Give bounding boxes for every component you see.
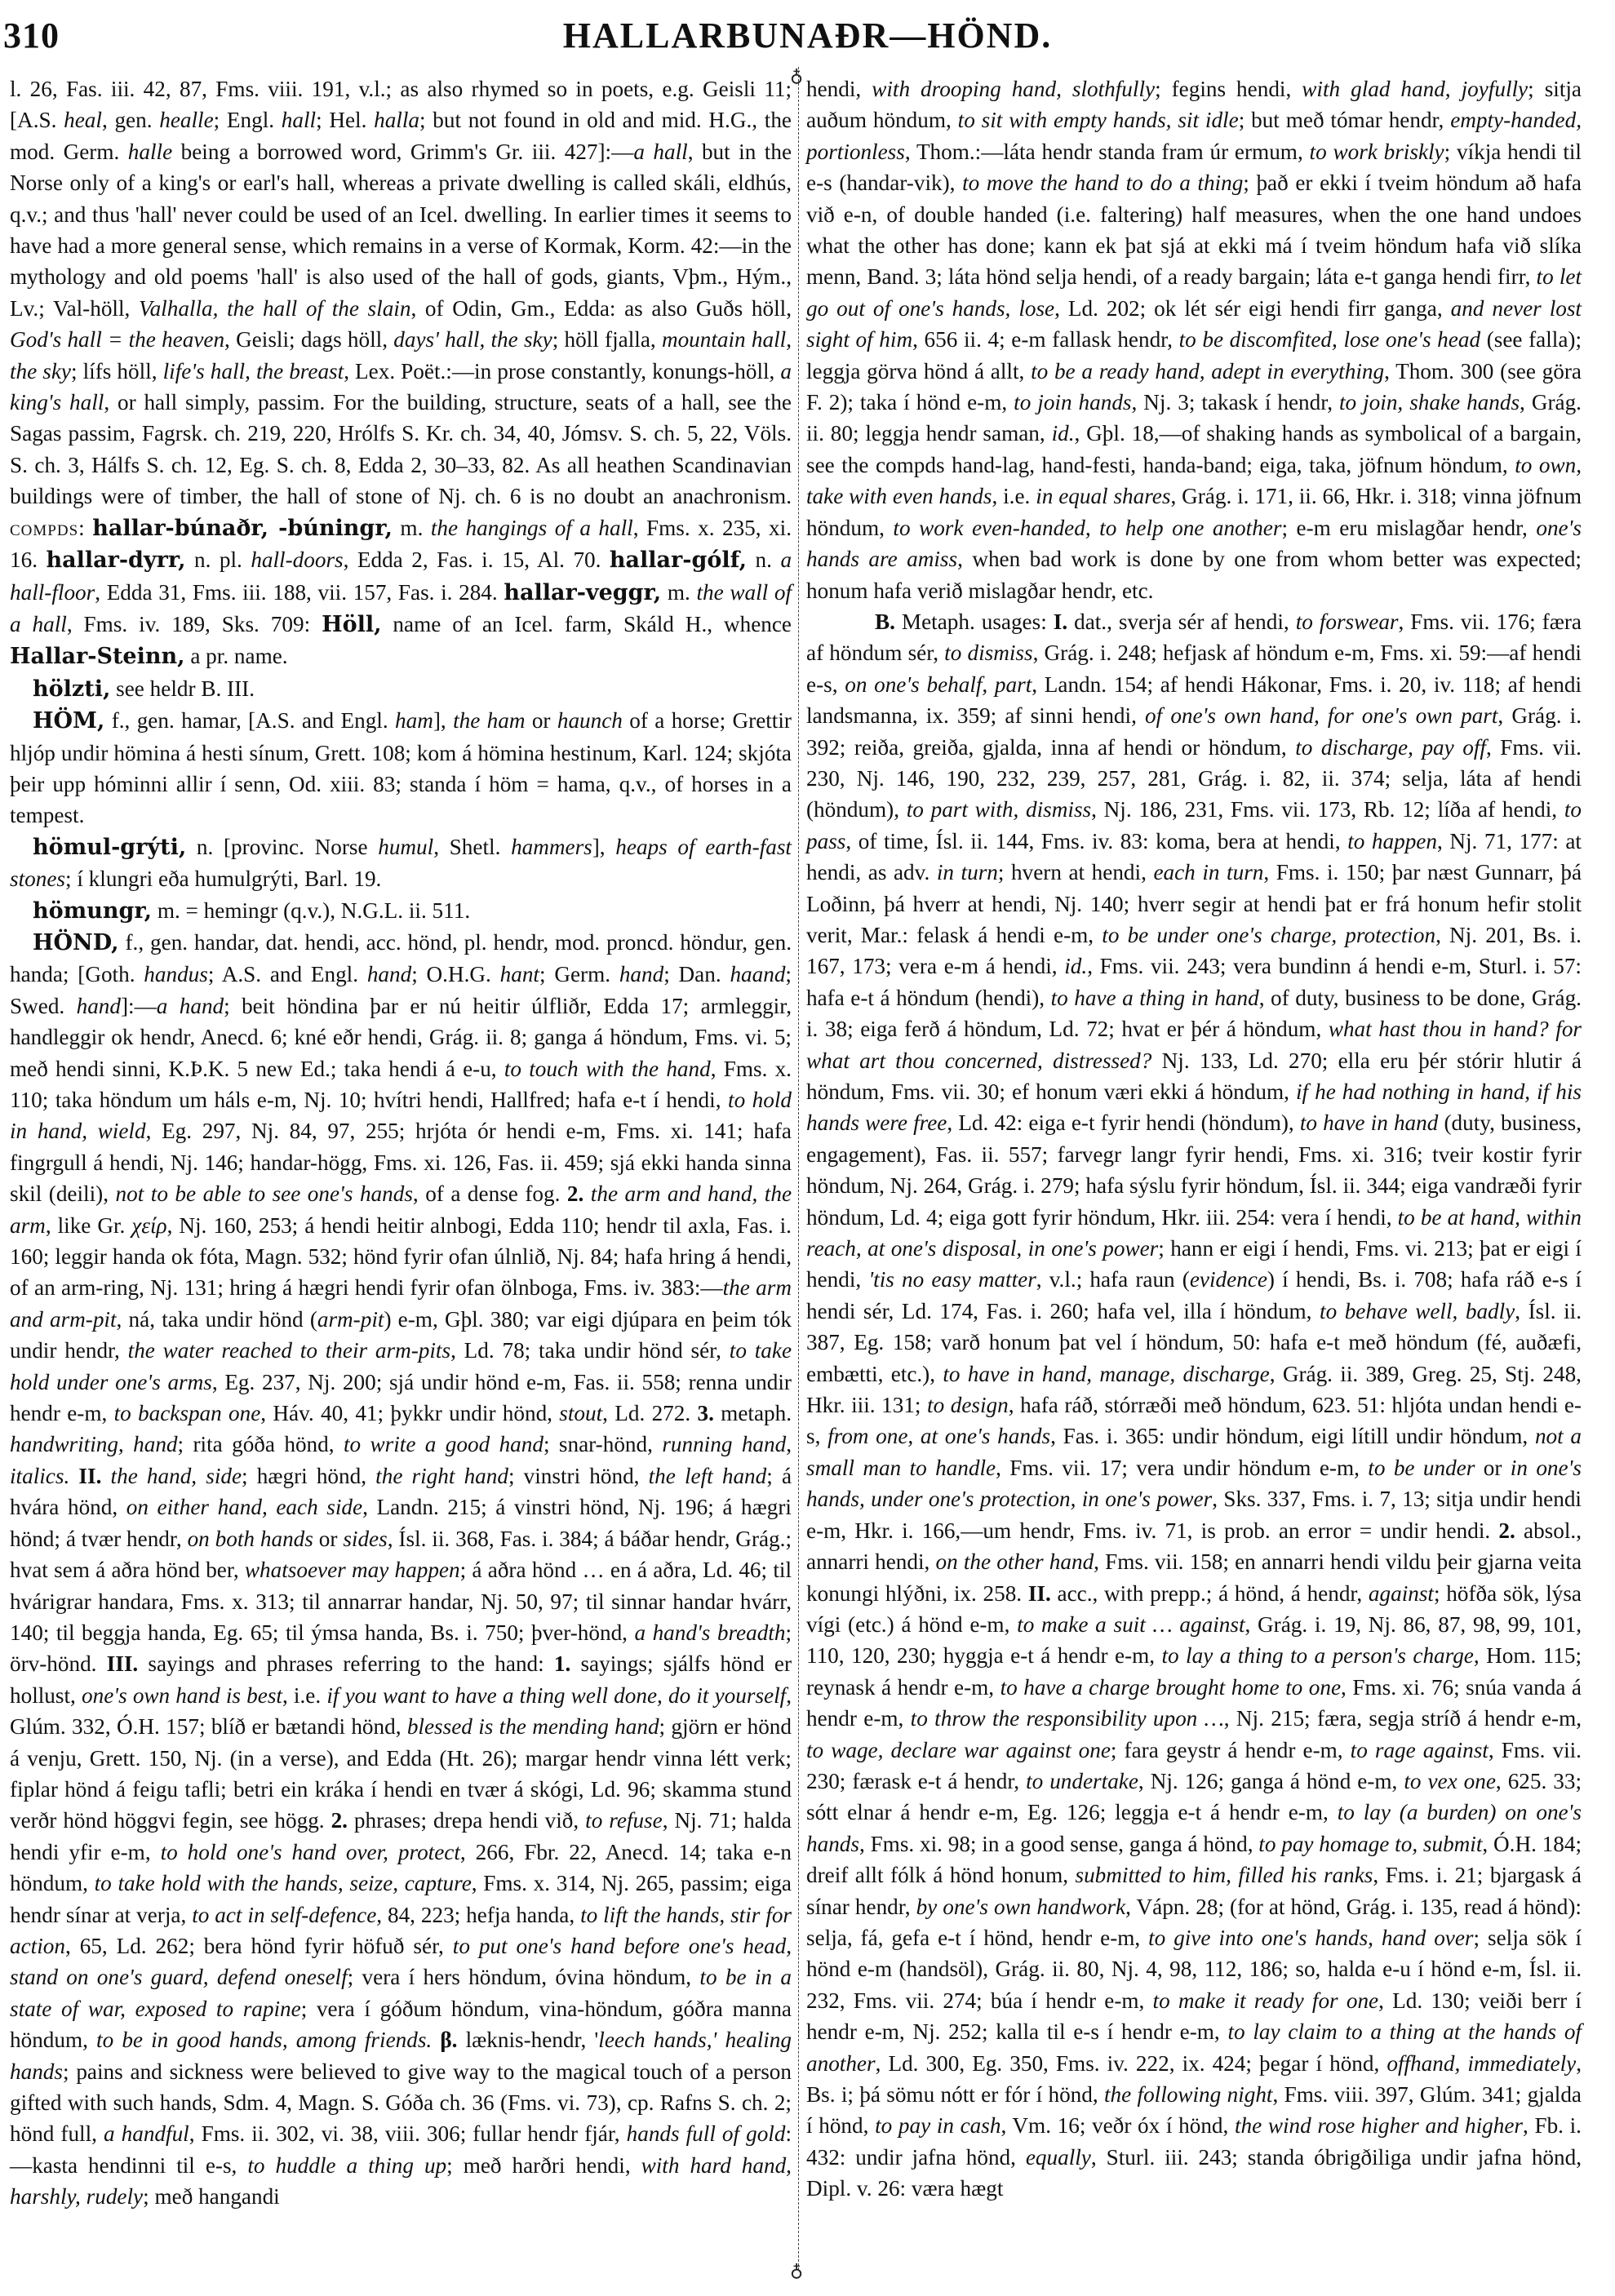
entry-text: , Ld. 202; ok lét sér eigi hendi firr ga… [1054,296,1450,321]
dictionary-entry: HÖM, f., gen. hamar, [A.S. and Engl. ham… [10,705,792,831]
gloss-italic: to refuse [585,1808,663,1833]
entry-text: ; hægri hönd, [242,1464,375,1488]
entry-text: , Ld. 272. [602,1401,697,1425]
gloss-italic: to make it ready for one [1153,1988,1379,2013]
dictionary-entry: hömul-grýti, n. [provinc. Norse humul, S… [10,831,792,895]
gloss-italic: against [1369,1581,1434,1606]
left-column: l. 26, Fas. iii. 42, 87, Fms. viii. 191,… [10,73,792,2213]
entry-text: a pr. name. [185,644,288,668]
gloss-italic: healle [159,108,213,132]
column-divider [798,67,800,2270]
entry-text: , Geisli; dags höll, [224,327,393,352]
gloss-italic: the wind rose higher and higher [1235,2113,1523,2138]
gloss-italic: to have a thing in hand [1051,986,1259,1010]
entry-text: or [1475,1456,1510,1480]
gloss-italic: offhand, immediately [1387,2051,1576,2076]
gloss-italic: in equal shares [1036,484,1170,508]
gloss-italic: to part with, dismiss [907,797,1091,822]
entry-text: , Ld. 42: eiga e-t fyrir hendi (höndum), [947,1110,1299,1135]
gloss-italic: life's hall, the breast [163,359,344,383]
entry-text: ; fegins hendi, [1155,77,1302,101]
gloss-italic: halle [128,140,172,164]
headword: hallar-veggr, [504,580,661,605]
gloss-italic: the following night [1104,2082,1272,2107]
entry-text: n. [747,547,780,572]
entry-text: , 65, Ld. 262; bera hönd fyrir höfuð sér… [65,1934,453,1958]
sense-number: II. [1028,1581,1051,1606]
entry-text [101,1464,110,1488]
gloss-italic: to have in hand [1300,1110,1438,1135]
entry-text: phrases; drepa hendi við, [348,1808,585,1833]
gloss-italic: a handful [104,2121,189,2146]
entry-text: ; fara geystr á hendr e-m, [1111,1738,1351,1762]
column-rule-ornament-top-icon: ♁ [790,67,803,85]
entry-text: ], [592,835,616,859]
entry-text: ; but með tómar hendr, [1239,108,1451,132]
right-column: hendi, with drooping hand, slothfully; f… [806,73,1582,2205]
entry-text: , Háv. 40, 41; þykkr undir hönd, [260,1401,559,1425]
gloss-italic: whatsoever may happen [245,1558,460,1582]
gloss-italic: to sit with empty hands, sit idle [958,108,1239,132]
headword: hömungr, [33,898,152,924]
gloss-italic: to work briskly [1310,140,1444,164]
gloss-italic: a hand's breadth [634,1620,785,1645]
gloss-italic: God's hall = the heaven [10,327,224,352]
gloss-italic: evidence [1190,1267,1267,1292]
entry-text: , of Odin, Gm., Edda: as also Guðs höll, [410,296,792,321]
gloss-italic: blessed is the mending hand [407,1714,659,1739]
gloss-italic: to be discomfited, lose one's head [1179,327,1480,352]
entry-text: , Shetl. [433,835,511,859]
entry-text: , Ld. 78; taka undir hönd sér, [450,1338,730,1363]
entry-text: acc., with prepp.; á hönd, á hendr, [1051,1581,1369,1606]
gloss-italic: to make a suit … against [1017,1612,1245,1637]
gloss-italic: haunch [557,708,623,733]
entry-text: ], [433,708,453,733]
headword: hömul-grýti, [33,835,186,860]
gloss-italic: to take hold with the hands, seize, capt… [95,1871,472,1895]
entry-text: m. [393,516,431,540]
gloss-italic: to lay a thing to a person's charge [1162,1643,1474,1668]
entry-text: , or hall simply, passim. For the buildi… [10,390,792,508]
entry-text: or [313,1527,343,1551]
small-caps-label: compds [10,516,78,540]
gloss-italic: of one's own hand, for one's own part [1145,703,1497,728]
entry-text: ]:— [121,994,157,1018]
entry-text: , Fas. i. 365: undir höndum, eigi lítill… [1050,1424,1535,1448]
column-rule-ornament-bottom-icon: ♁ [790,2262,803,2280]
sense-number: 2. [1498,1518,1515,1543]
gloss-italic: by one's own handwork [916,1895,1126,1919]
entry-text: being a borrowed word, Grimm's Gr. iii. … [172,140,633,164]
gloss-italic: to work even-handed, to help one another [893,516,1281,540]
gloss-italic: hand [367,962,411,986]
entry-text: , v.l.; hafa raun ( [1036,1267,1190,1292]
gloss-italic: to be in good hands, among friends. [96,2028,432,2052]
entry-text: , Thom.:—láta hendr standa fram úr ermum… [905,140,1310,164]
gloss-italic: to discharge, pay off [1295,735,1486,760]
gloss-italic: to touch with the hand [504,1057,711,1081]
gloss-italic: ham [395,708,433,733]
gloss-italic: to act in self-defence [192,1903,376,1927]
gloss-italic: hand [619,962,663,986]
entry-text: , Fms. iv. 189, Sks. 709: [67,612,322,636]
entry-text: ; lífs höll, [71,359,163,383]
gloss-italic: hant [500,962,539,986]
gloss-italic: hall [282,108,316,132]
entry-text: ; A.S. and Engl. [208,962,367,986]
gloss-italic: the hangings of a hall [431,516,633,540]
entry-text: , Fms. xi. 98; in a good sense, ganga á … [859,1832,1258,1856]
gloss-italic: 'tis no easy matter [868,1267,1036,1292]
gloss-italic: on either hand, each side [126,1495,362,1519]
gloss-italic: haand [730,962,785,986]
entry-text: sayings and phrases referring to the han… [138,1651,554,1676]
entry-text: , Fms. ii. 302, vi. 38, viii. 306; fulla… [189,2121,627,2146]
entry-text: , ná, taka undir hönd ( [117,1307,317,1332]
entry-text: , Lex. Poët.:—in prose constantly, konun… [344,359,780,383]
gloss-italic: handwriting, hand [10,1432,178,1456]
entry-text [583,1181,591,1206]
entry-text: ; Dan. [663,962,730,986]
entry-text: m. [661,580,696,605]
gloss-italic: to backspan one [114,1401,261,1425]
gloss-italic: to pay homage to, submit [1258,1832,1482,1856]
entry-text: , i.e. [992,484,1036,508]
gloss-italic: to write a good hand [344,1432,544,1456]
entry-text: , Fms. vii. 17; vera undir höndum e-m, [996,1456,1368,1480]
gloss-italic: id. [1064,954,1087,978]
gloss-italic: to undertake [1026,1769,1138,1793]
entry-text: Metaph. usages: [895,609,1054,634]
entry-text: ; með harðri hendi, [446,2153,641,2178]
gloss-italic: on both hands [188,1527,313,1551]
gloss-italic: to have a charge brought home to one [1001,1675,1341,1700]
gloss-italic: the right hand [375,1464,508,1488]
gloss-italic: to wage, declare war against one [806,1738,1111,1762]
entry-text: , of a dense fog. [413,1181,567,1206]
sense-number: III. [107,1651,139,1676]
sense-number: II. [78,1464,101,1488]
gloss-italic: hands full of gold [627,2121,786,2146]
gloss-italic: each in turn [1153,860,1263,884]
dictionary-entry: HÖND, f., gen. handar, dat. hendi, acc. … [10,927,792,2213]
gloss-italic: on one's behalf, part [845,672,1032,697]
gloss-italic: arm-pit [317,1307,384,1332]
entry-text: ; höll fjalla, [552,327,662,352]
gloss-italic: to vex one [1404,1769,1496,1793]
gloss-italic: submitted to him, filled his ranks [1076,1863,1373,1887]
gloss-italic: equally [1026,2145,1091,2170]
entry-text: ; e-m eru mislagðar hendr, [1281,516,1536,540]
entry-text: ; í klungri eða humulgrýti, Barl. 19. [65,867,381,891]
entry-text: ; vinstri hönd, [508,1464,649,1488]
sense-number: β. [440,2028,457,2052]
gloss-italic: sides [343,1527,387,1551]
sense-number: 3. [697,1401,713,1425]
gloss-italic: to huddle a thing up [247,2153,446,2178]
gloss-italic: to forswear [1296,609,1399,634]
sense-number: 2. [567,1181,583,1206]
gloss-italic: with drooping hand, slothfully [872,77,1155,101]
entry-text: , Edda 2, Fas. i. 15, Al. 70. [344,547,610,572]
entry-text: name of an Icel. farm, Skáld H., whence [382,612,792,636]
entry-text: see heldr B. III. [110,676,255,701]
gloss-italic: days' hall, the sky [393,327,552,352]
entry-text: , Nj. 186, 231, Fms. vii. 173, Rb. 12; l… [1091,797,1564,822]
entry-text: f., gen. hamar, [A.S. and Engl. [104,708,395,733]
dictionary-entry: B. Metaph. usages: I. dat., sverja sér a… [806,606,1582,2205]
sense-number: I. [1054,609,1067,634]
headword: hölzti, [33,676,110,702]
entry-text: n. [provinc. Norse [186,835,378,859]
entry-text: ; Engl. [214,108,282,132]
entry-text: ; með hangandi [143,2184,280,2209]
entry-text: ; hvern at hendi, [998,860,1154,884]
gloss-italic: if you want to have a thing well done, d… [326,1683,786,1708]
running-head: HALLARBUNAÐR—HÖND. [0,15,1615,56]
entry-text: , Nj. 3; takask í hendr, [1132,390,1339,414]
gloss-italic: id. [1052,421,1075,445]
gloss-italic: to hold one's hand over, protect [161,1840,460,1864]
headword: hallar-gólf, [610,547,747,573]
gloss-italic: the hand, side [111,1464,242,1488]
gloss-italic: to have in hand, manage, discharge [943,1362,1269,1386]
headword: HÖM, [33,708,104,734]
gloss-italic: to move the hand to do a thing [962,171,1243,195]
entry-text: ; O.H.G. [411,962,499,986]
gloss-italic: to rage against [1351,1738,1489,1762]
page-header: 310 HALLARBUNAÐR—HÖND. [0,15,1615,64]
gloss-italic: in turn [937,860,998,884]
entry-text: metaph. [714,1401,792,1425]
entry-text: m. = hemingr (q.v.), N.G.L. ii. 511. [152,898,470,923]
entry-text: hendi, [806,77,872,101]
entry-text: ; snar-hönd, [544,1432,662,1456]
entry-text: , Nj. 126; ganga á hönd e-m, [1138,1769,1404,1793]
dictionary-entry: hömungr, m. = hemingr (q.v.), N.G.L. ii.… [10,895,792,927]
dictionary-entry: l. 26, Fas. iii. 42, 87, Fms. viii. 191,… [10,73,792,673]
entry-text: ; Hel. [316,108,374,132]
gloss-italic: to throw the responsibility upon … [911,1706,1224,1731]
entry-text: , gen. [102,108,159,132]
gloss-italic: to dismiss [944,640,1032,665]
gloss-italic: to join, shake hands [1339,390,1520,414]
headword: Hallar-Steinn, [10,644,185,669]
entry-text: ; vera í hers höndum, óvina höndum, [348,1965,700,1989]
entry-text: , 84, 223; hefja handa, [376,1903,580,1927]
gloss-italic: to happen [1347,829,1437,853]
gloss-italic: from one, at one's hands [827,1424,1050,1448]
entry-text: , but in the Norse only of a king's or e… [10,140,792,321]
gloss-italic: Valhalla, the hall of the slain [139,296,410,321]
sense-number: 2. [331,1808,348,1833]
gloss-italic: one's own hand is best [82,1683,282,1708]
gloss-italic: χείρ [131,1213,166,1238]
entry-text: , 656 ii. 4; e-m fallask hendr, [912,327,1178,352]
sense-number: 1. [554,1651,570,1676]
gloss-italic: to design [927,1393,1009,1417]
gloss-italic: halla [374,108,419,132]
gloss-italic: not to be able to see one's hands [116,1181,413,1206]
gloss-italic: on the other hand [936,1549,1094,1574]
gloss-italic: the water reached to their arm-pits [128,1338,450,1363]
dictionary-entry: hölzti, see heldr B. III. [10,673,792,705]
entry-text: or [525,708,557,733]
headword: Höll, [322,612,381,637]
headword: hallar-búnaðr, -búningr, [92,516,393,541]
entry-text: , of time, Ísl. ii. 144, Fms. iv. 83: ko… [845,829,1347,853]
gloss-italic: hand [77,994,121,1018]
gloss-italic: to join hands [1014,390,1131,414]
entry-text [69,1464,78,1488]
gloss-italic: a hand [157,994,224,1018]
gloss-italic: to give into one's hands, hand over [1148,1926,1473,1950]
dictionary-entry: hendi, with drooping hand, slothfully; f… [806,73,1582,606]
gloss-italic: with glad hand, joyfully [1302,77,1528,101]
entry-text: n. pl. [186,547,251,572]
gloss-italic: hall-doors [251,547,343,572]
entry-text: dat., sverja sér af hendi, [1067,609,1296,634]
entry-text: : [78,516,92,540]
entry-text: , Vm. 16; veðr óx í hönd, [1001,2113,1235,2138]
gloss-italic: handus [144,962,208,986]
gloss-italic: to be under one's charge, protection [1102,923,1435,947]
gloss-italic: stout [559,1401,602,1425]
sense-number: B. [875,609,895,634]
entry-text: , i.e. [282,1683,326,1708]
entry-text: ; Germ. [539,962,619,986]
gloss-italic: a hall [633,140,687,164]
entry-text: , Edda 31, Fms. iii. 188, vii. 157, Fas.… [95,580,504,605]
gloss-italic: humul [378,835,433,859]
gloss-italic: to pay in cash [875,2113,1001,2138]
gloss-italic: hammers [511,835,592,859]
gloss-italic: heal [64,108,102,132]
entry-text: , Nj. 215; færa, segja stríð á hendr e-m… [1224,1706,1582,1731]
entry-text: , like Gr. [46,1213,132,1238]
gloss-italic: the ham [453,708,525,733]
headword: HÖND, [33,930,119,955]
gloss-italic: to behave well, badly [1320,1299,1515,1323]
entry-text: , Ld. 300, Eg. 350, Fms. iv. 222, ix. 42… [876,2051,1387,2076]
headword: hallar-dyrr, [46,547,185,573]
gloss-italic: to be a ready hand, adept in everything [1031,359,1384,383]
entry-text: læknis-hendr, ' [457,2028,598,2052]
entry-text [432,2028,440,2052]
gloss-italic: the left hand [649,1464,767,1488]
gloss-italic: to be under [1368,1456,1475,1480]
entry-text: ; rita góða hönd, [178,1432,344,1456]
